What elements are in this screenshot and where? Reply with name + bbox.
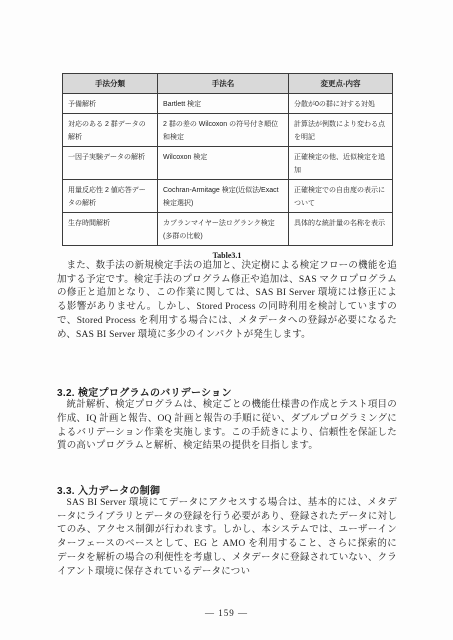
page-content: 手法分類 手法名 変更点-内容 予備解析 Bartlett 検定 分散が0の群に…: [57, 73, 397, 579]
table-caption: Table3.1: [62, 251, 392, 260]
table-row: 予備解析 Bartlett 検定 分散が0の群に対する対処: [63, 94, 393, 114]
table-cell: 計算法が例数により変わる点を明記: [289, 114, 393, 147]
page-number: — 159 —: [0, 608, 453, 618]
table-cell: Cochran-Armitage 検定(近似法/Exact 検定選択): [158, 180, 289, 213]
intro-paragraph: また、数手法の新規検定手法の追加と、決定樹による検定フローの機能を追加する予定で…: [57, 260, 397, 342]
header-cell-changes: 変更点-内容: [289, 74, 393, 94]
table-cell: 2 群の差の Wilcoxon の符号付き順位和検定: [158, 114, 289, 147]
table-cell: 一因子実験データの解析: [63, 147, 158, 180]
section-3-2-heading: 3.2. 検定プログラムのバリデーション: [57, 384, 397, 399]
table-cell: 正確検定の他、近似検定を追加: [289, 147, 393, 180]
table-row: 用量反応性 2 値応答データの解析 Cochran-Armitage 検定(近似…: [63, 180, 393, 213]
header-cell-method: 手法名: [158, 74, 289, 94]
section-3-2-paragraph: 統計解析、検定プログラムは、検定ごとの機能仕様書の作成とテスト項目の作成、IQ …: [57, 399, 397, 454]
table-cell: 用量反応性 2 値応答データの解析: [63, 180, 158, 213]
header-cell-category: 手法分類: [63, 74, 158, 94]
table-cell: 具体的な統計量の名称を表示: [289, 213, 393, 246]
section-3-3-paragraph: SAS BI Server 環境にてデータにアクセスする場合は、基本的には、メタ…: [57, 497, 397, 579]
document-page: 手法分類 手法名 変更点-内容 予備解析 Bartlett 検定 分散が0の群に…: [0, 0, 453, 640]
table-cell: Wilcoxon 検定: [158, 147, 289, 180]
table-cell: 対応のある 2 群データの解析: [63, 114, 158, 147]
table-cell: 正確検定での自由度の表示について: [289, 180, 393, 213]
table-header-row: 手法分類 手法名 変更点-内容: [63, 74, 393, 94]
table-cell: Bartlett 検定: [158, 94, 289, 114]
section-3-3-heading: 3.3. 入力データの制御: [57, 482, 397, 497]
table-row: 対応のある 2 群データの解析 2 群の差の Wilcoxon の符号付き順位和…: [63, 114, 393, 147]
table-cell: 予備解析: [63, 94, 158, 114]
table-row: 生存時間解析 カプランマイヤー法ログランク検定(多群の比較) 具体的な統計量の名…: [63, 213, 393, 246]
table-cell: 分散が0の群に対する対処: [289, 94, 393, 114]
table-cell: カプランマイヤー法ログランク検定(多群の比較): [158, 213, 289, 246]
table-row: 一因子実験データの解析 Wilcoxon 検定 正確検定の他、近似検定を追加: [63, 147, 393, 180]
table-cell: 生存時間解析: [63, 213, 158, 246]
methods-table: 手法分類 手法名 変更点-内容 予備解析 Bartlett 検定 分散が0の群に…: [62, 73, 393, 246]
